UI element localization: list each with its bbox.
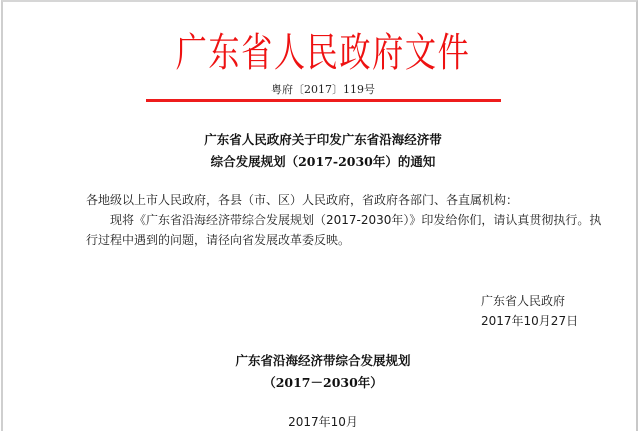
notice-title-line-2: 综合发展规划（2017-2030年）的通知 — [3, 152, 640, 170]
issuer-red-title: 广东省人民政府文件 — [73, 29, 572, 77]
signature-issuer: 广东省人民政府 — [481, 292, 565, 309]
red-separator-rule — [146, 99, 501, 102]
body-paragraph-line-1: 现将《广东省沿海经济带综合发展规划（2017-2030年）》印发给你们，请认真贯… — [110, 211, 601, 228]
body-paragraph-line-2: 行过程中遇到的问题，请径向省发展改革委反映。 — [86, 231, 350, 248]
plan-date: 2017年10月 — [3, 413, 640, 430]
document-page: 广东省人民政府文件 粤府〔2017〕119号 广东省人民政府关于印发广东省沿海经… — [1, 0, 638, 431]
addressees-line: 各地级以上市人民政府，各县（市、区）人民政府，省政府各部门、各直属机构： — [86, 191, 518, 208]
document-number: 粤府〔2017〕119号 — [3, 81, 640, 97]
signature-date: 2017年10月27日 — [481, 312, 578, 329]
plan-title: 广东省沿海经济带综合发展规划 — [3, 351, 640, 369]
notice-title-line-1: 广东省人民政府关于印发广东省沿海经济带 — [3, 130, 640, 148]
plan-period: （2017－2030年） — [3, 373, 640, 391]
